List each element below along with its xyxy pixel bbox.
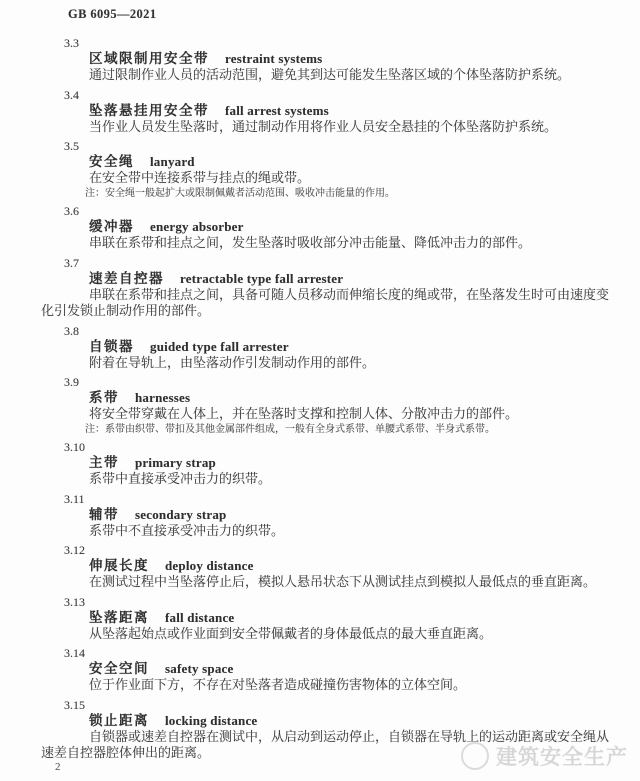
term-english: harnesses	[135, 390, 190, 405]
term-line: 辅带secondary strap	[89, 507, 640, 523]
term-entry: 3.4 坠落悬挂用安全带fall arrest systems 当作业人员发生坠…	[0, 88, 640, 136]
term-note: 注：安全绳一般起扩大或限制佩戴者活动范围、吸收冲击能量的作用。	[85, 188, 640, 201]
term-entry: 3.6 缓冲器energy absorber 串联在系带和挂点之间，发生坠落时吸…	[0, 204, 640, 252]
clause-number: 3.11	[64, 492, 640, 507]
term-chinese: 自锁器	[89, 339, 134, 354]
term-entry: 3.10 主带primary strap 系带中直接承受冲击力的织带。	[0, 440, 640, 488]
term-line: 锁止距离locking distance	[89, 713, 640, 729]
term-english: deploy distance	[165, 558, 254, 573]
clause-number: 3.8	[64, 324, 640, 339]
clause-number: 3.4	[64, 88, 640, 103]
term-english: safety space	[165, 661, 233, 676]
term-chinese: 安全绳	[89, 154, 134, 169]
term-entry: 3.12 伸展长度deploy distance 在测试过程中当坠落停止后，模拟…	[0, 543, 640, 591]
term-english: retractable type fall arrester	[180, 271, 343, 286]
term-chinese: 区域限制用安全带	[89, 51, 209, 66]
term-line: 安全绳lanyard	[89, 154, 640, 170]
term-line: 区域限制用安全带restraint systems	[89, 51, 640, 67]
term-entry: 3.14 安全空间safety space 位于作业面下方，不存在对坠落者造成碰…	[0, 646, 640, 694]
term-line: 坠落距离fall distance	[89, 610, 640, 626]
term-english: primary strap	[135, 455, 216, 470]
watermark-logo-icon	[460, 741, 490, 771]
term-entry: 3.11 辅带secondary strap 系带中不直接承受冲击力的织带。	[0, 492, 640, 540]
term-english: energy absorber	[150, 219, 244, 234]
clause-number: 3.14	[64, 646, 640, 661]
page-number: 2	[55, 761, 61, 773]
term-definition: 通过限制作业人员的活动范围，避免其到达可能发生坠落区域的个体坠落防护系统。	[41, 67, 614, 84]
clause-number: 3.10	[64, 440, 640, 455]
clause-number: 3.13	[64, 595, 640, 610]
term-entry: 3.3 区域限制用安全带restraint systems 通过限制作业人员的活…	[0, 36, 640, 84]
term-note: 注：系带由织带、带扣及其他金属部件组成，一般有全身式系带、单腰式系带、半身式系带…	[85, 424, 640, 437]
term-line: 缓冲器energy absorber	[89, 219, 640, 235]
term-chinese: 系带	[89, 390, 119, 405]
term-definition: 位于作业面下方，不存在对坠落者造成碰撞伤害物体的立体空间。	[41, 677, 614, 694]
term-entry: 3.5 安全绳lanyard 在安全带中连接系带与挂点的绳或带。 注：安全绳一般…	[0, 139, 640, 200]
clause-number: 3.9	[64, 375, 640, 390]
term-chinese: 坠落距离	[89, 610, 149, 625]
clause-number: 3.15	[64, 698, 640, 713]
term-definition: 当作业人员发生坠落时，通过制动作用将作业人员安全悬挂的个体坠落防护系统。	[41, 119, 614, 136]
term-line: 自锁器guided type fall arrester	[89, 339, 640, 355]
clause-number: 3.5	[64, 139, 640, 154]
term-english: restraint systems	[225, 51, 322, 66]
term-chinese: 缓冲器	[89, 219, 134, 234]
term-chinese: 安全空间	[89, 661, 149, 676]
term-chinese: 伸展长度	[89, 558, 149, 573]
clause-number: 3.6	[64, 204, 640, 219]
term-line: 速差自控器retractable type fall arrester	[89, 271, 640, 287]
term-english: fall distance	[165, 610, 234, 625]
term-chinese: 速差自控器	[89, 271, 164, 286]
term-entry: 3.7 速差自控器retractable type fall arrester …	[0, 256, 640, 320]
clause-number: 3.3	[64, 36, 640, 51]
term-english: secondary strap	[135, 507, 226, 522]
clause-number: 3.7	[64, 256, 640, 271]
term-chinese: 辅带	[89, 507, 119, 522]
term-definition: 在安全带中连接系带与挂点的绳或带。	[41, 170, 614, 187]
term-chinese: 坠落悬挂用安全带	[89, 103, 209, 118]
term-line: 安全空间safety space	[89, 661, 640, 677]
term-english: lanyard	[150, 154, 195, 169]
term-definition: 系带中直接承受冲击力的织带。	[41, 471, 614, 488]
document-page: GB 6095—2021 3.3 区域限制用安全带restraint syste…	[0, 0, 640, 781]
term-definition: 将安全带穿戴在人体上，并在坠落时支撑和控制人体、分散冲击力的部件。	[41, 406, 614, 423]
terminology-list: 3.3 区域限制用安全带restraint systems 通过限制作业人员的活…	[0, 32, 640, 762]
term-definition: 在测试过程中当坠落停止后，模拟人悬吊状态下从测试挂点到模拟人最低点的垂直距离。	[41, 574, 614, 591]
watermark: 建筑安全生产	[460, 741, 628, 771]
term-entry: 3.13 坠落距离fall distance 从坠落起始点或作业面到安全带佩戴者…	[0, 595, 640, 643]
term-entry: 3.8 自锁器guided type fall arrester 附着在导轨上，…	[0, 324, 640, 372]
term-definition: 附着在导轨上，由坠落动作引发制动作用的部件。	[41, 355, 614, 372]
term-line: 主带primary strap	[89, 455, 640, 471]
term-line: 系带harnesses	[89, 390, 640, 406]
term-english: fall arrest systems	[225, 103, 329, 118]
watermark-text: 建筑安全生产	[496, 741, 628, 771]
term-english: guided type fall arrester	[150, 339, 289, 354]
term-chinese: 锁止距离	[89, 713, 149, 728]
clause-number: 3.12	[64, 543, 640, 558]
term-chinese: 主带	[89, 455, 119, 470]
term-line: 伸展长度deploy distance	[89, 558, 640, 574]
term-definition: 串联在系带和挂点之间，发生坠落时吸收部分冲击能量、降低冲击力的部件。	[41, 235, 614, 252]
term-definition: 从坠落起始点或作业面到安全带佩戴者的身体最低点的最大垂直距离。	[41, 626, 614, 643]
term-definition: 系带中不直接承受冲击力的织带。	[41, 523, 614, 540]
standard-number-header: GB 6095—2021	[68, 7, 157, 22]
term-definition: 串联在系带和挂点之间，具备可随人员移动而伸缩长度的绳或带，在坠落发生时可由速度变…	[41, 287, 614, 320]
term-entry: 3.9 系带harnesses 将安全带穿戴在人体上，并在坠落时支撑和控制人体、…	[0, 375, 640, 436]
term-english: locking distance	[165, 713, 257, 728]
term-line: 坠落悬挂用安全带fall arrest systems	[89, 103, 640, 119]
